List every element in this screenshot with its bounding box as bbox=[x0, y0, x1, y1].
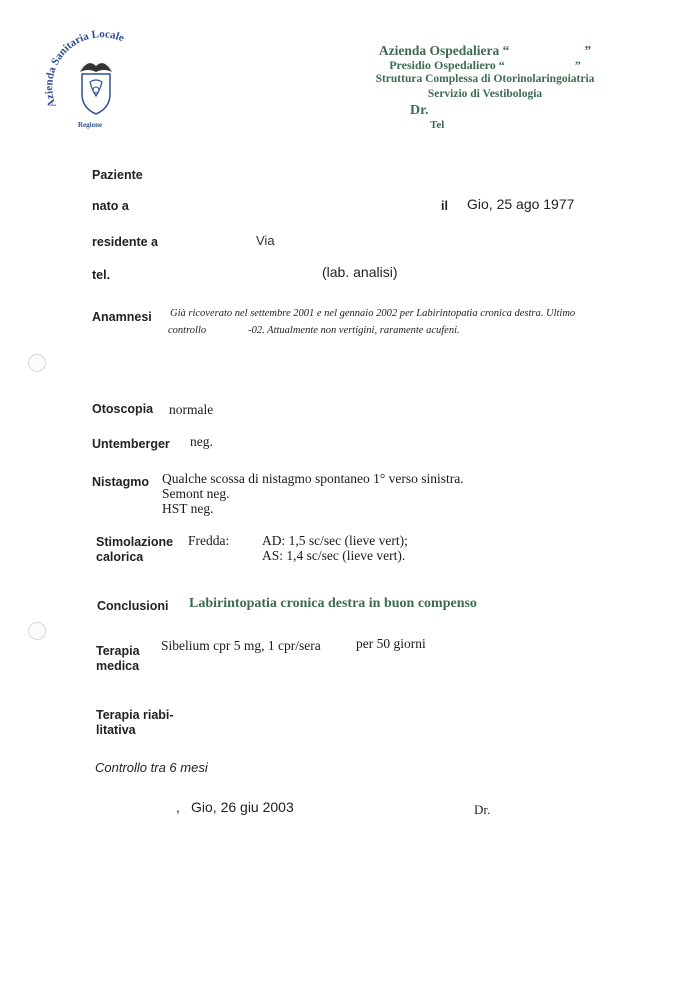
header-line-2: Presidio Ospedaliero “” bbox=[335, 58, 635, 73]
terapia-riab-label-line-2: litativa bbox=[96, 723, 174, 738]
via-label: Via bbox=[256, 233, 275, 248]
logo-region-text: Regione bbox=[78, 121, 102, 129]
stimolazione-label-line-2: calorica bbox=[96, 550, 173, 565]
header-presidio: Presidio Ospedaliero “ bbox=[389, 58, 505, 72]
stimolazione-label: Stimolazione calorica bbox=[96, 535, 173, 565]
otoscopia-value: normale bbox=[169, 402, 213, 418]
header-quote-end: ” bbox=[584, 43, 591, 58]
residente-label: residente a bbox=[92, 235, 158, 249]
punch-hole-bottom bbox=[28, 622, 46, 640]
anamnesi-text-line-2: controllo-02. Attualmente non vertigini,… bbox=[168, 325, 460, 336]
nistagmo-line-spontaneo: Qualche scossa di nistagmo spontaneo 1° … bbox=[162, 471, 464, 486]
il-label: il bbox=[441, 199, 448, 213]
anamnesi-label: Anamnesi bbox=[92, 310, 152, 324]
header-quote-end-2: ” bbox=[575, 58, 581, 72]
header-hospital-name: Azienda Ospedaliera “ bbox=[379, 43, 510, 58]
terapia-riab-label-line-1: Terapia riabi- bbox=[96, 708, 174, 723]
conclusioni-label: Conclusioni bbox=[97, 599, 169, 613]
header-tel: Tel bbox=[430, 119, 444, 131]
punch-hole-top bbox=[28, 354, 46, 372]
terapia-medica-label-line-1: Terapia bbox=[96, 644, 140, 659]
footer-place-comma: , bbox=[176, 799, 180, 815]
header-line-1: Azienda Ospedaliera “” bbox=[335, 43, 635, 59]
header-line-4: Servizio di Vestibologia bbox=[335, 88, 635, 100]
conclusioni-value: Labirintopatia cronica destra in buon co… bbox=[189, 596, 477, 612]
terapia-medica-value: Sibelium cpr 5 mg, 1 cpr/sera bbox=[161, 638, 321, 654]
tel-note: (lab. analisi) bbox=[322, 264, 397, 280]
terapia-riabilitativa-label: Terapia riabi- litativa bbox=[96, 708, 174, 738]
paziente-label: Paziente bbox=[92, 168, 143, 182]
terapia-medica-label: Terapia medica bbox=[96, 644, 140, 674]
header-line-3: Struttura Complessa di Otorinolaringoiat… bbox=[335, 73, 635, 85]
nato-a-label: nato a bbox=[92, 199, 129, 213]
anamnesi-text-line-1: Già ricoverato nel settembre 2001 e nel … bbox=[170, 308, 575, 319]
stimolazione-type: Fredda: bbox=[188, 533, 229, 549]
controllo-note: Controllo tra 6 mesi bbox=[95, 760, 208, 775]
terapia-medica-label-line-2: medica bbox=[96, 659, 140, 674]
nistagmo-values: Qualche scossa di nistagmo spontaneo 1° … bbox=[162, 471, 464, 516]
birth-date: Gio, 25 ago 1977 bbox=[467, 196, 574, 212]
terapia-medica-duration: per 50 giorni bbox=[356, 636, 426, 652]
otoscopia-label: Otoscopia bbox=[92, 402, 153, 416]
stimolazione-label-line-1: Stimolazione bbox=[96, 535, 173, 550]
anamnesi-controllo: controllo bbox=[168, 325, 206, 336]
nistagmo-label: Nistagmo bbox=[92, 475, 149, 489]
header-doctor: Dr. bbox=[410, 103, 429, 119]
footer-signature: Dr. bbox=[474, 802, 490, 818]
stimolazione-values: AD: 1,5 sc/sec (lieve vert); AS: 1,4 sc/… bbox=[262, 533, 408, 563]
tel-label: tel. bbox=[92, 268, 110, 282]
asl-emblem-icon: Azienda Sanitaria Locale Regione bbox=[40, 30, 160, 130]
untemberger-value: neg. bbox=[190, 434, 213, 450]
anamnesi-status: -02. Attualmente non vertigini, rarament… bbox=[248, 325, 460, 336]
nistagmo-line-hst: HST neg. bbox=[162, 501, 464, 516]
asl-logo: Azienda Sanitaria Locale Regione bbox=[40, 30, 160, 130]
untemberger-label: Untemberger bbox=[92, 437, 170, 451]
stimolazione-ad: AD: 1,5 sc/sec (lieve vert); bbox=[262, 533, 408, 548]
nistagmo-line-semont: Semont neg. bbox=[162, 486, 464, 501]
footer-date: Gio, 26 giu 2003 bbox=[191, 799, 294, 815]
stimolazione-as: AS: 1,4 sc/sec (lieve vert). bbox=[262, 548, 408, 563]
